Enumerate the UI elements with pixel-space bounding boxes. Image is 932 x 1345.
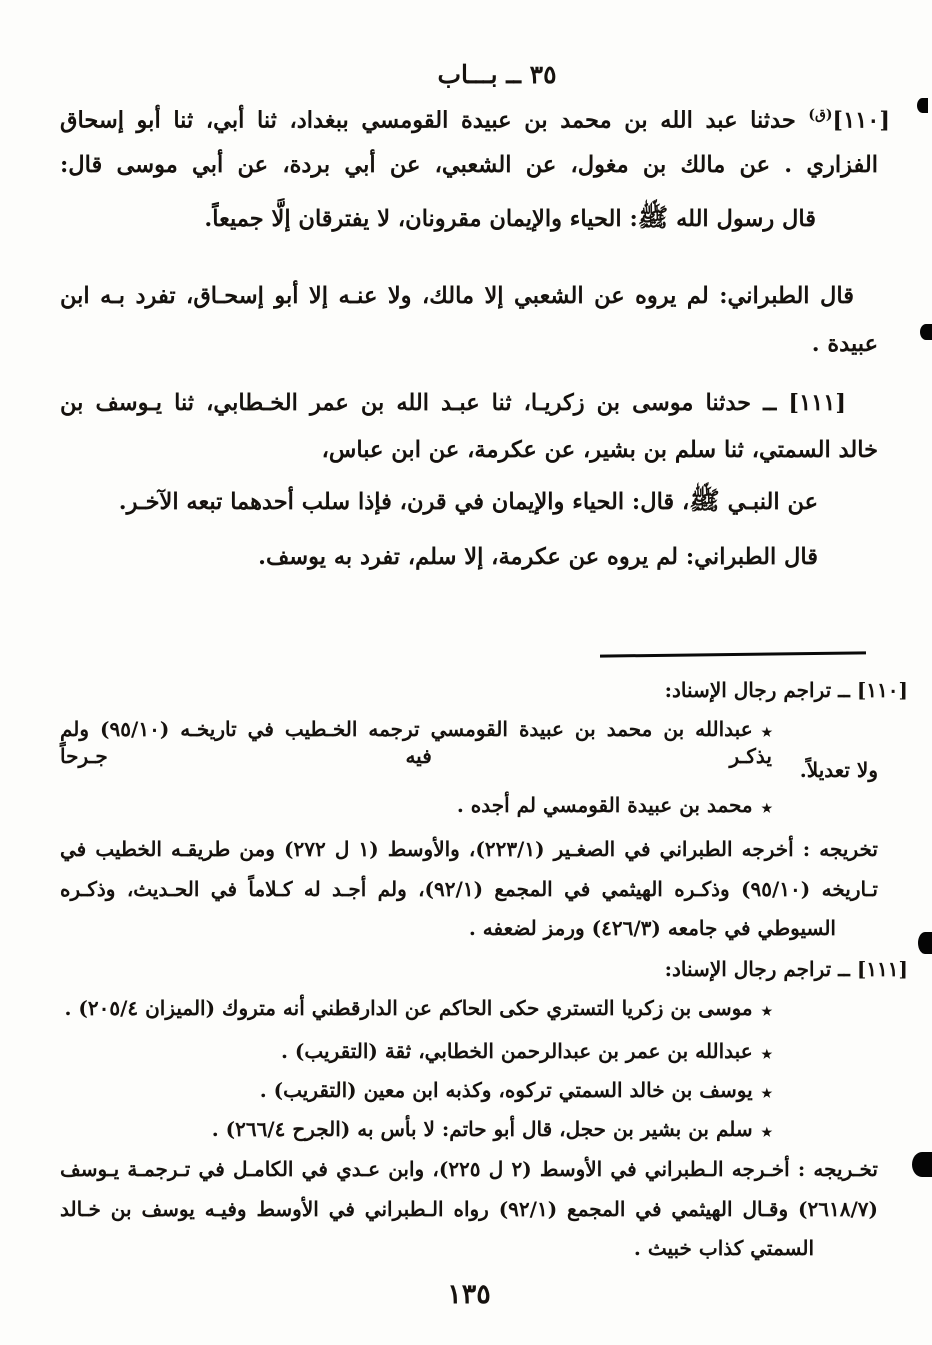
footnote-111-item3: ٭يوسف بن خالد السمتي تركوه، وكذبه ابن مع…: [60, 1077, 878, 1104]
scan-edge-artifact: [912, 1152, 932, 1177]
chapter-heading: ٣٥ ــ بـــاب: [88, 58, 906, 91]
footnote-111-takhrij-line2: (٢٦١٨/٧) وقـال الهيثمي في المجمع (٩٢/١) …: [60, 1196, 878, 1222]
hadith-111-tabarani-comment: قال الطبراني: لم يروه عن عكرمة، إلا سلم،…: [60, 543, 878, 573]
footnote-111-item3-text: يوسف بن خالد السمتي تركوه، وكذبه ابن معي…: [260, 1078, 753, 1102]
salla-allahu-alayhi-wa-sallam-symbol: ﷺ: [689, 485, 719, 515]
footnote-111-takhrij-line1: تخـريجه : أخـرجه الـطبراني في الأوسط (٢ …: [60, 1156, 878, 1182]
footnote-110-takhrij-line3: السيوطي في جامعه (٤٢٦/٣) ورمز لضعفه .: [60, 915, 878, 941]
hadith-110-matn-prefix: قال رسول الله: [676, 206, 816, 232]
star-bullet-icon: ٭: [762, 1120, 772, 1145]
page-number: ١٣٥: [60, 1277, 878, 1313]
hadith-111-isnad-text1: حدثنا موسى بن زكريـا، ثنا عبـد الله بن ع…: [60, 390, 751, 416]
star-bullet-icon: ٭: [762, 999, 772, 1024]
hadith-111-isnad-line2: خالد السمتي، ثنا سلم بن بشير، عن عكرمة، …: [60, 436, 878, 466]
footnote-111-item2-text: عبدالله بن عمر بن عبدالرحمن الخطابي، ثقة…: [281, 1039, 753, 1063]
footnote-111-item4: ٭سلم بن بشير بن حجل، قال أبو حاتم: لا بأ…: [60, 1116, 878, 1143]
hadith-111-isnad-line1: [١١١] ــ حدثنا موسى بن زكريـا، ثنا عبـد …: [60, 389, 878, 419]
hadith-110-isnad-line1: [١١٠](ق) حدثنا عبد الله بن محمد بن عبيدة…: [60, 106, 890, 136]
footnote-110-takhrij-line1: تخريجه : أخرجه الطبراني في الصغـير (٢٢٣/…: [60, 836, 878, 862]
scan-edge-artifact: [920, 324, 932, 340]
star-bullet-icon: ٭: [762, 1081, 772, 1106]
star-bullet-icon: ٭: [762, 1042, 772, 1067]
footnote-110-heading: [١١٠] ــ تراجم رجال الإسناد:: [60, 677, 908, 703]
footnote-110-takhrij-line2: تـاريخه (٩٥/١٠) وذكـره الهيثمي في المجمع…: [60, 876, 878, 902]
hadith-110-matn: قال رسول الله ﷺ: الحياء والإيمان مقرونان…: [60, 205, 878, 235]
hadith-110-tabarani-comment-line1: قال الطبراني: لم يروه عن الشعبي إلا مالك…: [60, 282, 878, 312]
footnote-111-item2: ٭عبدالله بن عمر بن عبدالرحمن الخطابي، ثق…: [60, 1038, 878, 1065]
hadith-110-tabarani-comment-line2: عبيدة .: [60, 330, 878, 360]
salla-allahu-alayhi-wa-sallam-symbol: ﷺ: [638, 202, 668, 232]
hadith-110-isnad-line2: الفزاري . عن مالك بن مغول، عن الشعبي، عن…: [60, 151, 878, 181]
footnote-110-item2-text: محمد بن عبيدة القومسي لم أجده .: [457, 793, 753, 817]
hadith-110-superscript-qaf: (ق): [808, 107, 832, 123]
hadith-111-matn-prefix: عن النبـي: [728, 489, 818, 515]
footnote-111-heading: [١١١] ــ تراجم رجال الإسناد:: [60, 956, 908, 982]
hadith-111-matn-text: ، قال: الحياء والإيمان في قرن، فإذا سلب …: [119, 489, 690, 515]
hadith-110-number: [١١٠]: [832, 108, 890, 134]
hadith-111-matn: عن النبـي ﷺ، قال: الحياء والإيمان في قرن…: [60, 488, 878, 518]
hadith-110-matn-text: : الحياء والإيمان مقرونان، لا يفترقان إل…: [204, 206, 637, 232]
hadith-110-isnad-text1: حدثنا عبد الله بن محمد بن عبيدة القومسي …: [60, 108, 796, 134]
star-bullet-icon: ٭: [762, 796, 772, 821]
footnote-111-item1-text: موسى بن زكريا التستري حكى الحاكم عن الدا…: [64, 996, 752, 1020]
footnote-110-item2: ٭محمد بن عبيدة القومسي لم أجده .: [60, 792, 878, 819]
footnote-111-item4-text: سلم بن بشير بن حجل، قال أبو حاتم: لا بأس…: [212, 1117, 753, 1141]
scanned-book-page: ٣٥ ــ بـــاب [١١٠](ق) حدثنا عبد الله بن …: [0, 0, 932, 1345]
footnote-111-item1: ٭موسى بن زكريا التستري حكى الحاكم عن الد…: [60, 995, 878, 1022]
footnote-separator-line: [600, 651, 866, 657]
footnote-111-takhrij-line3: السمتي كذاب خبيث .: [60, 1235, 878, 1261]
hadith-111-dash: ــ: [763, 390, 776, 416]
star-bullet-icon: ٭: [762, 720, 772, 745]
hadith-111-number: [١١١]: [788, 390, 846, 416]
footnote-110-item1-line2: ولا تعديلاً.: [60, 757, 878, 783]
scan-edge-artifact: [918, 932, 932, 954]
scan-edge-artifact: [917, 98, 928, 113]
